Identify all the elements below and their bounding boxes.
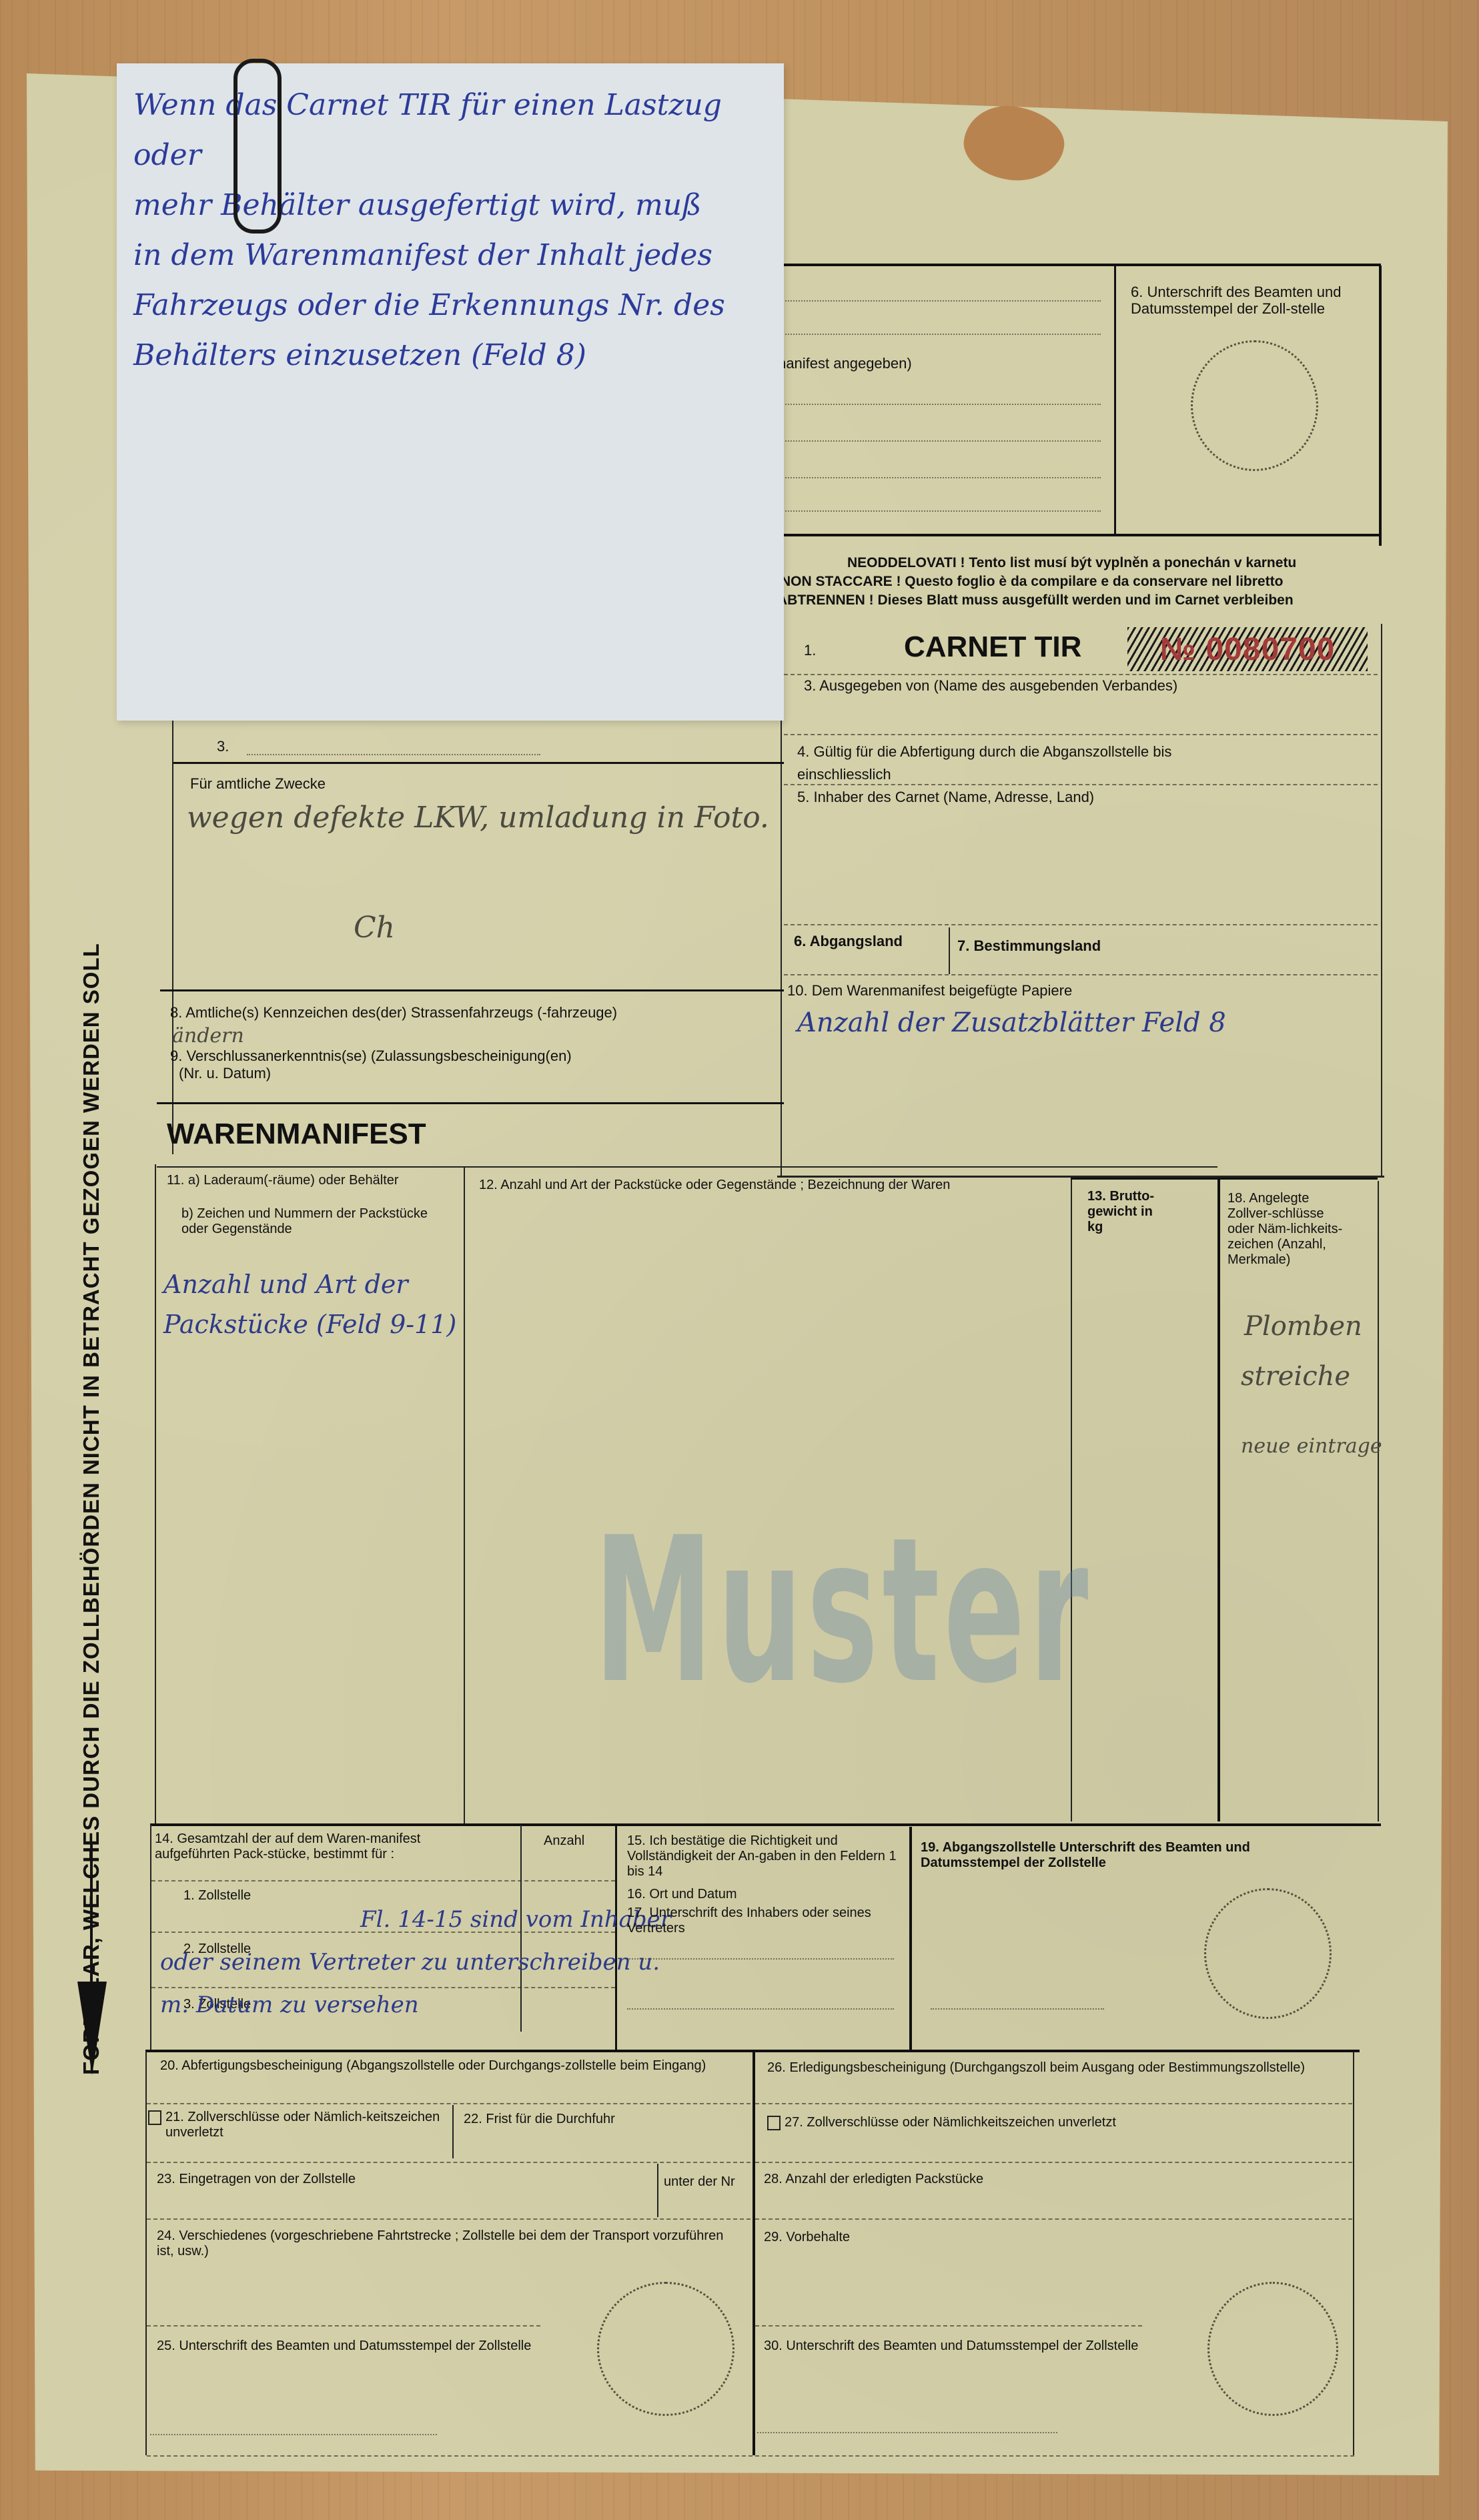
divider — [753, 2052, 755, 2455]
field-18-label: 18. Angelegte Zollver-schlüsse oder Näm-… — [1227, 1191, 1348, 1268]
dotted-line — [781, 440, 1101, 442]
divider — [1381, 624, 1382, 1178]
divider — [1217, 1178, 1220, 1821]
field-6-label: 6. Abgangsland — [794, 933, 903, 949]
field-29-label: 29. Vorbehalte — [764, 2230, 850, 2245]
divider — [1353, 2052, 1354, 2455]
stamp-area[interactable] — [597, 2282, 734, 2416]
divider — [1114, 266, 1116, 536]
sticky-note-line: Behälters einzusetzen (Feld 8) — [133, 330, 774, 380]
field-18-handwriting-3: neue eintrage — [1241, 1434, 1382, 1458]
divider — [150, 1825, 151, 2052]
divider — [774, 264, 1381, 266]
dotted-line — [781, 404, 1101, 405]
field-12-label: 12. Anzahl und Art der Packstücke oder G… — [479, 1178, 1066, 1193]
field-24-label: 24. Verschiedenes (vorgeschriebene Fahrt… — [157, 2228, 724, 2259]
field-8-handwriting: ändern — [172, 1024, 244, 1047]
field-16-label: 16. Ort und Datum — [627, 1887, 737, 1902]
dashed-line — [755, 2325, 1142, 2327]
stamp-area[interactable] — [1191, 340, 1318, 471]
sticky-note-line: mehr Behälter ausgefertigt wird, muß — [133, 180, 774, 230]
divider — [657, 2164, 658, 2217]
dashed-line — [147, 2103, 751, 2104]
arrow-head-icon — [77, 1982, 107, 2075]
divider — [949, 927, 950, 974]
dashed-line — [755, 2103, 1352, 2104]
dotted-line — [150, 2434, 437, 2435]
field-30-label: 30. Unterschrift des Beamten und Datumss… — [764, 2339, 1164, 2354]
field-22-label: 22. Frist für die Durchfuhr — [464, 2112, 615, 2127]
dashed-line — [147, 2325, 540, 2327]
notice-italian: NON STACCARE ! Questo foglio è da compil… — [781, 574, 1283, 590]
divider — [173, 762, 784, 764]
dotted-line — [931, 2008, 1104, 2010]
divider — [172, 721, 173, 1154]
divider — [1379, 266, 1382, 546]
field-28-label: 28. Anzahl der erledigten Packstücke — [764, 2172, 983, 2187]
section-title-warenmanifest: WARENMANIFEST — [167, 1118, 426, 1152]
divider — [157, 1166, 1217, 1168]
dashed-line — [147, 2218, 751, 2220]
dashed-line — [784, 674, 1378, 675]
field-18-handwriting-2: streiche — [1241, 1361, 1350, 1392]
field-21-text: 21. Zollverschlüsse oder Nämlich-keitsze… — [165, 2110, 440, 2140]
field-3-label: 3. Ausgegeben von (Name des ausgebenden … — [804, 677, 1177, 694]
notice-czech: NEODDELOVATI ! Tento list musí být vypln… — [847, 555, 1296, 571]
dotted-line — [781, 510, 1101, 512]
notice-german: ABTRENNEN ! Dieses Blatt muss ausgefüllt… — [777, 592, 1294, 608]
field-23-number-label: unter der Nr — [664, 2172, 737, 2192]
dotted-line — [247, 754, 540, 755]
field-1-label: 1. — [804, 642, 816, 659]
official-purposes-label: Für amtliche Zwecke — [190, 775, 326, 792]
divider — [160, 989, 784, 991]
field-11b-label: b) Zeichen und Nummern der Packstücke od… — [181, 1206, 448, 1237]
field-18-handwriting-1: Plomben — [1244, 1311, 1362, 1342]
field-27-text: 27. Zollverschlüsse oder Nämlichkeitszei… — [785, 2115, 1116, 2130]
divider — [1071, 1178, 1378, 1180]
field-6-signature-label: 6. Unterschrift des Beamten und Datumsst… — [1131, 284, 1371, 318]
divider — [774, 534, 1381, 536]
field-9-sub-label: (Nr. u. Datum) — [179, 1065, 271, 1082]
stamp-area[interactable] — [1204, 1888, 1332, 2019]
dotted-line — [627, 1958, 894, 1960]
field-14-count-label: Anzahl — [544, 1833, 584, 1849]
muster-stamp: Muster — [594, 1495, 1092, 1727]
carnet-number-box: № 0080700 — [1127, 627, 1368, 671]
field-21-checkbox[interactable] — [148, 2110, 161, 2125]
sticky-note-text: Wenn das Carnet TIR für einen Lastzug od… — [133, 80, 774, 380]
field-25-label: 25. Unterschrift des Beamten und Datumss… — [157, 2339, 557, 2354]
dashed-line — [151, 1880, 615, 1881]
field-8-label: 8. Amtliche(s) Kennzeichen des(der) Stra… — [170, 1004, 617, 1021]
field-5-fragment: manifest angegeben) — [774, 355, 912, 372]
document-title: CARNET TIR — [904, 631, 1081, 665]
dashed-line — [784, 784, 1378, 785]
divider — [909, 1827, 912, 2050]
dotted-line — [781, 334, 1101, 335]
divider — [150, 1823, 1381, 1826]
field-15-label: 15. Ich bestätige die Richtigkeit und Vo… — [627, 1833, 907, 1879]
divider — [157, 1102, 784, 1104]
sticky-note-line: in dem Warenmanifest der Inhalt jedes — [133, 230, 774, 280]
field-4-label: 4. Gültig für die Abfertigung durch die … — [797, 741, 1264, 786]
stamp-area[interactable] — [1207, 2282, 1338, 2416]
official-purposes-handwriting: wegen defekte LKW, umladung in Foto. — [187, 801, 774, 835]
field-20-label: 20. Abfertigungsbescheinigung (Abgangszo… — [160, 2058, 727, 2074]
carnet-number: № 0080700 — [1160, 631, 1336, 668]
divider — [464, 1166, 465, 1823]
dotted-line — [781, 477, 1101, 478]
field-26-label: 26. Erledigungsbescheinigung (Durchgangs… — [767, 2060, 1334, 2076]
dotted-line — [757, 2432, 1057, 2433]
field-11-handwriting: Anzahl und Art der Packstücke (Feld 9-11… — [163, 1264, 457, 1344]
field-13-label: 13. Brutto-gewicht in kg — [1087, 1189, 1167, 1235]
dashed-line — [755, 2162, 1352, 2163]
field-10-handwriting: Anzahl der Zusatzblätter Feld 8 — [797, 1007, 1226, 1038]
dotted-line — [627, 2008, 894, 2010]
field-9-label: 9. Verschlussanerkenntnis(se) (Zulassung… — [170, 1047, 771, 1064]
sticky-note-line: Wenn das Carnet TIR für einen Lastzug od… — [133, 80, 774, 180]
divider — [1378, 1181, 1379, 1821]
dashed-line — [784, 974, 1378, 975]
field-7-label: 7. Bestimmungsland — [957, 937, 1101, 954]
dashed-line — [147, 2455, 1354, 2457]
dotted-line — [781, 300, 1101, 302]
field-23-label: 23. Eingetragen von der Zollstelle — [157, 2172, 356, 2187]
divider — [452, 2105, 454, 2158]
divider — [145, 2052, 147, 2455]
divider — [155, 1164, 156, 1825]
official-initials: Ch — [354, 911, 395, 945]
field-17-label: 17. Unterschrift des Inhabers oder seine… — [627, 1906, 894, 1936]
field-10-label: 10. Dem Warenmanifest beigefügte Papiere — [787, 982, 1072, 999]
field-19-label: 19. Abgangszollstelle Unterschrift des B… — [921, 1840, 1294, 1871]
dashed-line — [147, 2162, 751, 2163]
field-3-left-label: 3. — [217, 738, 229, 755]
field-21-label[interactable]: 21. Zollverschlüsse oder Nämlich-keitsze… — [148, 2110, 466, 2140]
dashed-line — [755, 2218, 1352, 2220]
paperclip-icon — [233, 59, 282, 234]
field-14-label: 14. Gesamtzahl der auf dem Waren-manifes… — [155, 1831, 488, 1862]
dashed-line — [784, 924, 1378, 925]
sticky-note-line: Fahrzeugs oder die Erkennungs Nr. des — [133, 280, 774, 330]
field-27-label[interactable]: 27. Zollverschlüsse oder Nämlichkeitszei… — [767, 2115, 1116, 2130]
field-14-handwriting: Fl. 14-15 sind vom Inhaber oder seinem V… — [160, 1898, 687, 2026]
field-27-checkbox[interactable] — [767, 2116, 781, 2130]
dashed-line — [784, 734, 1378, 735]
field-5-label: 5. Inhaber des Carnet (Name, Adresse, La… — [797, 789, 1094, 805]
field-11a-label: 11. a) Laderaum(-räume) oder Behälter — [167, 1173, 460, 1188]
